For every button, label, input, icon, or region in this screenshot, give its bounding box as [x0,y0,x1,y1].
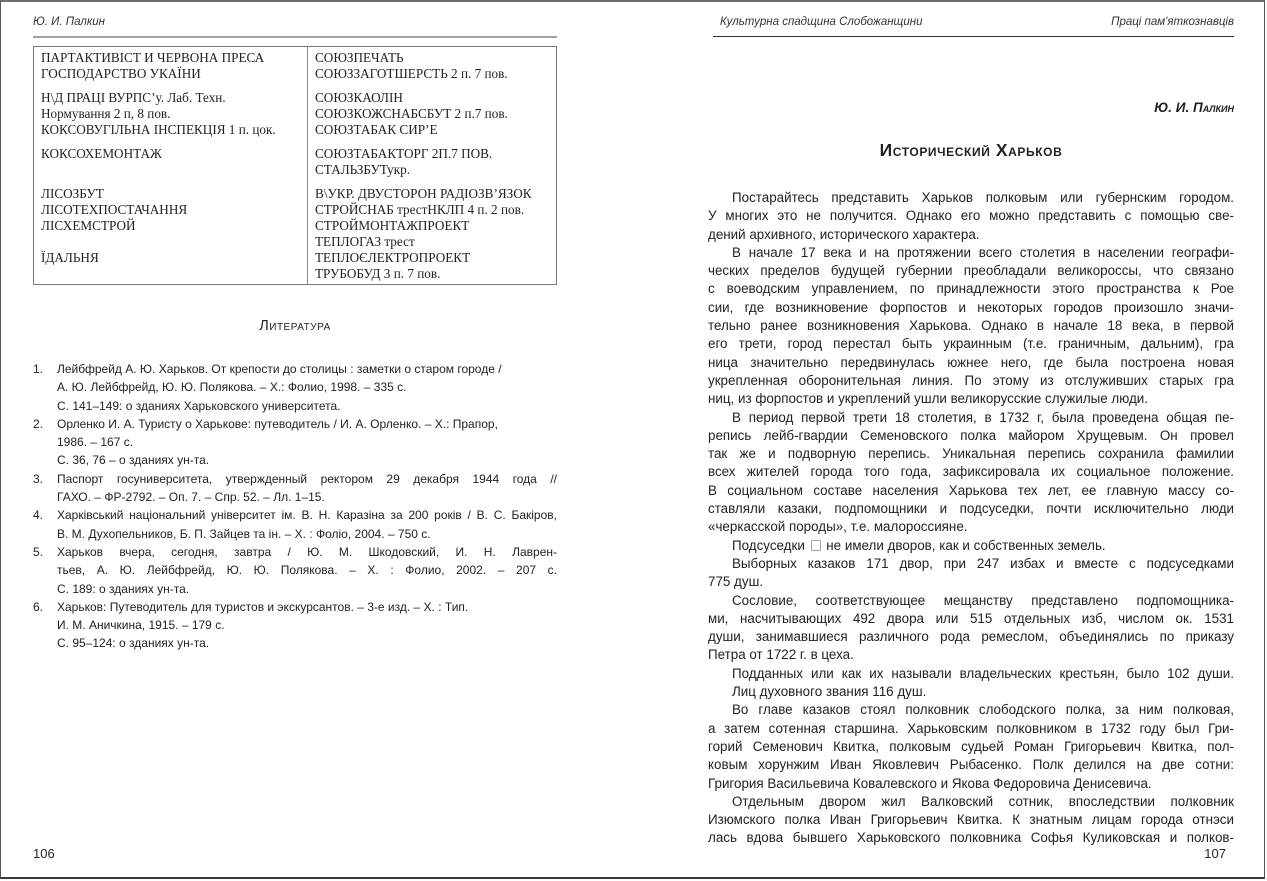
reference-line: Орленко И. А. Туристу о Харькове: путево… [57,415,557,433]
reference-line: И. М. Аничкина, 1915. – 179 с. [57,616,557,634]
organization-name: ЛІСОЗБУТ [41,186,301,202]
paragraph-line: ниц, из форпостов и укреплений ушли вели… [708,390,1234,408]
table-cell-left: КОКСОХЕМОНТАЖ [34,140,308,180]
table-cell-right: СОЮЗКАОЛІНСОЮЗКОЖСНАБСБУТ 2 п.7 пов.СОЮЗ… [308,84,557,140]
paragraph-line: ковым хорунжим Иван Яковлевич Рыбасенко.… [708,756,1234,774]
list-item: 2.Орленко И. А. Туристу о Харькове: путе… [33,415,557,470]
paragraph-line: горий Семенович Квитка, полковым судьей … [708,738,1234,756]
paragraph-line: лась вдова бывшего Харьковского полковни… [708,829,1234,847]
paragraph-line: Постарайтесь представить Харьков полковы… [708,189,1234,207]
reference-line: С. 141–149: о зданиях Харьковского униве… [57,397,557,415]
table-cell-left: ЛІСОЗБУТЛІСОТЕХПОСТАЧАННЯЛІСХЕМСТРОЙЇДАЛ… [34,180,308,285]
paragraph-line: Изюмского полка Иван Григорьевич Квитка.… [708,811,1234,829]
paragraph-line: В начале 17 века и на протяжении всего с… [708,244,1234,262]
paragraph-line: «черкасской породы», т.е. малороссияне. [708,518,1234,536]
paragraph-line: тельно ранее возникновения Харькова. Одн… [708,317,1234,335]
paragraph-line: ница значительно передвинулась южнее нег… [708,354,1234,372]
list-item-number: 2. [33,415,43,433]
literature-heading: Литература [33,318,557,334]
organization-name: ПАРТАКТИВІСТ И ЧЕРВОНА ПРЕСА [41,50,301,66]
organization-name: СОЮЗТАБАК СИР’Е [315,122,550,138]
paragraph-line: репись лейб-гвардии Семеновского полка м… [708,427,1234,445]
article-author: Ю. И. Палкин [1154,100,1234,115]
organization-name: СОЮЗПЕЧАТЬ [315,50,550,66]
paragraph-line: У многих это не получится. Однако его мо… [708,207,1234,225]
left-running-head: Ю. И. Палкин [33,16,557,36]
organization-name [41,162,301,178]
organization-name: СОЮЗКОЖСНАБСБУТ 2 п.7 пов. [315,106,550,122]
organization-name: ТРУБОБУД 3 п. 7 пов. [315,266,550,282]
list-item: 3.Паспорт госуниверситета, утвержденный … [33,470,557,507]
list-item: 6.Харьков: Путеводитель для туристов и э… [33,598,557,653]
list-item: 1.Лейбфрейд А. Ю. Харьков. От крепости д… [33,360,557,415]
paragraph-line: его трети, город перестал быть украинным… [708,335,1234,353]
paragraph-line: ми, насчитывающих 492 двора или 515 отде… [708,610,1234,628]
paragraph-line: Сословие, соответствующее мещанству пред… [708,592,1234,610]
list-item-number: 3. [33,470,43,488]
running-head-series: Праці пам'яткознавців [1111,16,1234,28]
paragraph-line: так же и подворную перепись. Уникальная … [708,445,1234,463]
table-row: ЛІСОЗБУТЛІСОТЕХПОСТАЧАННЯЛІСХЕМСТРОЙЇДАЛ… [34,180,557,285]
paragraph-line: души, занимавшиеся различного рода ремес… [708,628,1234,646]
page-number-right: 107 [1204,846,1226,861]
list-item-number: 5. [33,543,43,561]
paragraph-line: Петра от 1722 г. в цеха. [708,646,1234,664]
organization-name: Нормування 2 п, 8 пов. [41,106,301,122]
right-page: Культурна спадщина Слобожанщини Праці па… [708,0,1234,881]
paragraph-line: Выборных казаков 171 двор, при 247 избах… [708,555,1234,573]
paragraph-line: Лиц духовного звания 116 душ. [708,683,1234,701]
organization-name: СОЮЗТАБАКТОРГ 2П.7 ПОВ. [315,146,550,162]
table-row: КОКСОХЕМОНТАЖСОЮЗТАБАКТОРГ 2П.7 ПОВ.СТАЛ… [34,140,557,180]
right-header-rule [713,36,1234,37]
organization-name: ТЕПЛОГАЗ трест [315,234,550,250]
page-number-left: 106 [33,846,55,861]
paragraph-line: Отдельным двором жил Валковский сотник, … [708,793,1234,811]
reference-line: тьев, А. Ю. Лейбфрейд, Ю. Ю. Полякова. –… [57,561,557,579]
organizations-table: ПАРТАКТИВІСТ И ЧЕРВОНА ПРЕСАГОСПОДАРСТВО… [33,46,557,285]
left-header-rule [33,36,557,38]
table-cell-right: СОЮЗПЕЧАТЬСОЮЗЗАГОТШЕРСТЬ 2 п. 7 пов. [308,47,557,85]
organization-name: ЛІСОТЕХПОСТАЧАННЯ [41,202,301,218]
reference-line: ГАХО. – ФР-2792. – Оп. 7. – Спр. 52. – Л… [57,488,557,506]
paragraph-line: ческих пределов будущей губернии преобла… [708,262,1234,280]
reference-line: С. 95–124: о зданиях ун-та. [57,634,557,652]
list-item-number: 4. [33,506,43,524]
organization-name: СОЮЗЗАГОТШЕРСТЬ 2 п. 7 пов. [315,66,550,82]
paragraph-line: Подданных или как их называли владельчес… [708,665,1234,683]
left-running-head-author: Ю. И. Палкин [33,16,105,28]
organization-name: СТАЛЬЗБУТукр. [315,162,550,178]
list-item-number: 1. [33,360,43,378]
paragraph-line: В социальном составе населения Харькова … [708,482,1234,500]
reference-line: Паспорт госуниверситета, утвержденный ре… [57,470,557,488]
organization-name: ГОСПОДАРСТВО УКАЇНИ [41,66,301,82]
paragraph-line: с воеводским управлением, по принадлежно… [708,280,1234,298]
organization-name [41,266,301,282]
organization-name: СТРОЙМОНТАЖПРОЕКТ [315,218,550,234]
reference-line: Харьков вчера, сегодня, завтра / Ю. М. Ш… [57,543,557,561]
organization-name: СОЮЗКАОЛІН [315,90,550,106]
paragraph-line: Во главе казаков стоял полковник слободс… [708,701,1234,719]
reference-line: 1986. – 167 с. [57,433,557,451]
paragraph-line: а затем сотенная старшина. Харьковским п… [708,720,1234,738]
table-cell-right: В\УКР. ДВУСТОРОН РАДІОЗВ’ЯЗОКСТРОЙСНАБ т… [308,180,557,285]
organization-name: Н\Д ПРАЦІ ВУРПС’у. Лаб. Техн. [41,90,301,106]
list-item-number: 6. [33,598,43,616]
table-row: ПАРТАКТИВІСТ И ЧЕРВОНА ПРЕСАГОСПОДАРСТВО… [34,47,557,85]
paragraph-line: укрепленная оборонительная линия. По это… [708,372,1234,390]
paragraph-line: ставляли казаки, подпомощники и подсусед… [708,500,1234,518]
table-cell-left: Н\Д ПРАЦІ ВУРПС’у. Лаб. Техн.Нормування … [34,84,308,140]
organization-name: СТРОЙСНАБ трестНКЛП 4 п. 2 пов. [315,202,550,218]
paragraph-line: 775 душ. [708,573,1234,591]
organization-name: ЇДАЛЬНЯ [41,250,301,266]
table-cell-left: ПАРТАКТИВІСТ И ЧЕРВОНА ПРЕСАГОСПОДАРСТВО… [34,47,308,85]
organization-name: КОКСОХЕМОНТАЖ [41,146,301,162]
organization-name: ТЕПЛОЄЛЕКТРОПРОЕКТ [315,250,550,266]
paragraph-line: сии, где возникновение форпостов и некот… [708,299,1234,317]
reference-line: Харківський національний університет ім.… [57,506,557,524]
paragraph-line: всех жителей города того года, зафиксиро… [708,463,1234,481]
reference-line: В. М. Духопельников, Б. П. Зайцев та ін.… [57,525,557,543]
reference-line: Лейбфрейд А. Ю. Харьков. От крепости до … [57,360,557,378]
reference-line: Харьков: Путеводитель для туристов и экс… [57,598,557,616]
paragraph-line: Григория Васильевича Ковалевского и Яков… [708,775,1234,793]
literature-list: 1.Лейбфрейд А. Ю. Харьков. От крепости д… [33,360,557,653]
organization-name: КОКСОВУГІЛЬНА ІНСПЕКЦІЯ 1 п. цок. [41,122,301,138]
paragraph-line: Подсуседки не имели дворов, как и собств… [708,537,1234,555]
running-head-collection: Культурна спадщина Слобожанщини [720,16,922,28]
organization-name [41,234,301,250]
list-item: 5.Харьков вчера, сегодня, завтра / Ю. М.… [33,543,557,598]
paragraph-line: В период первой трети 18 столетия, в 173… [708,409,1234,427]
article-title: Исторический Харьков [708,140,1234,161]
paragraph-line: дений архивного, исторического характера… [708,226,1234,244]
reference-line: А. Ю. Лейбфрейд, Ю. Ю. Полякова. – Х.: Ф… [57,378,557,396]
reference-line: С. 189: о зданиях ун-та. [57,580,557,598]
missing-glyph-icon [811,540,821,551]
table-cell-right: СОЮЗТАБАКТОРГ 2П.7 ПОВ.СТАЛЬЗБУТукр. [308,140,557,180]
article-body: Постарайтесь представить Харьков полковы… [708,189,1234,848]
right-running-head: Культурна спадщина Слобожанщини Праці па… [720,16,1234,36]
organization-name: В\УКР. ДВУСТОРОН РАДІОЗВ’ЯЗОК [315,186,550,202]
reference-line: С. 36, 76 – о зданиях ун-та. [57,451,557,469]
organization-name: ЛІСХЕМСТРОЙ [41,218,301,234]
list-item: 4.Харківський національний університет і… [33,506,557,543]
table-row: Н\Д ПРАЦІ ВУРПС’у. Лаб. Техн.Нормування … [34,84,557,140]
left-page: Ю. И. Палкин ПАРТАКТИВІСТ И ЧЕРВОНА ПРЕС… [33,0,557,881]
